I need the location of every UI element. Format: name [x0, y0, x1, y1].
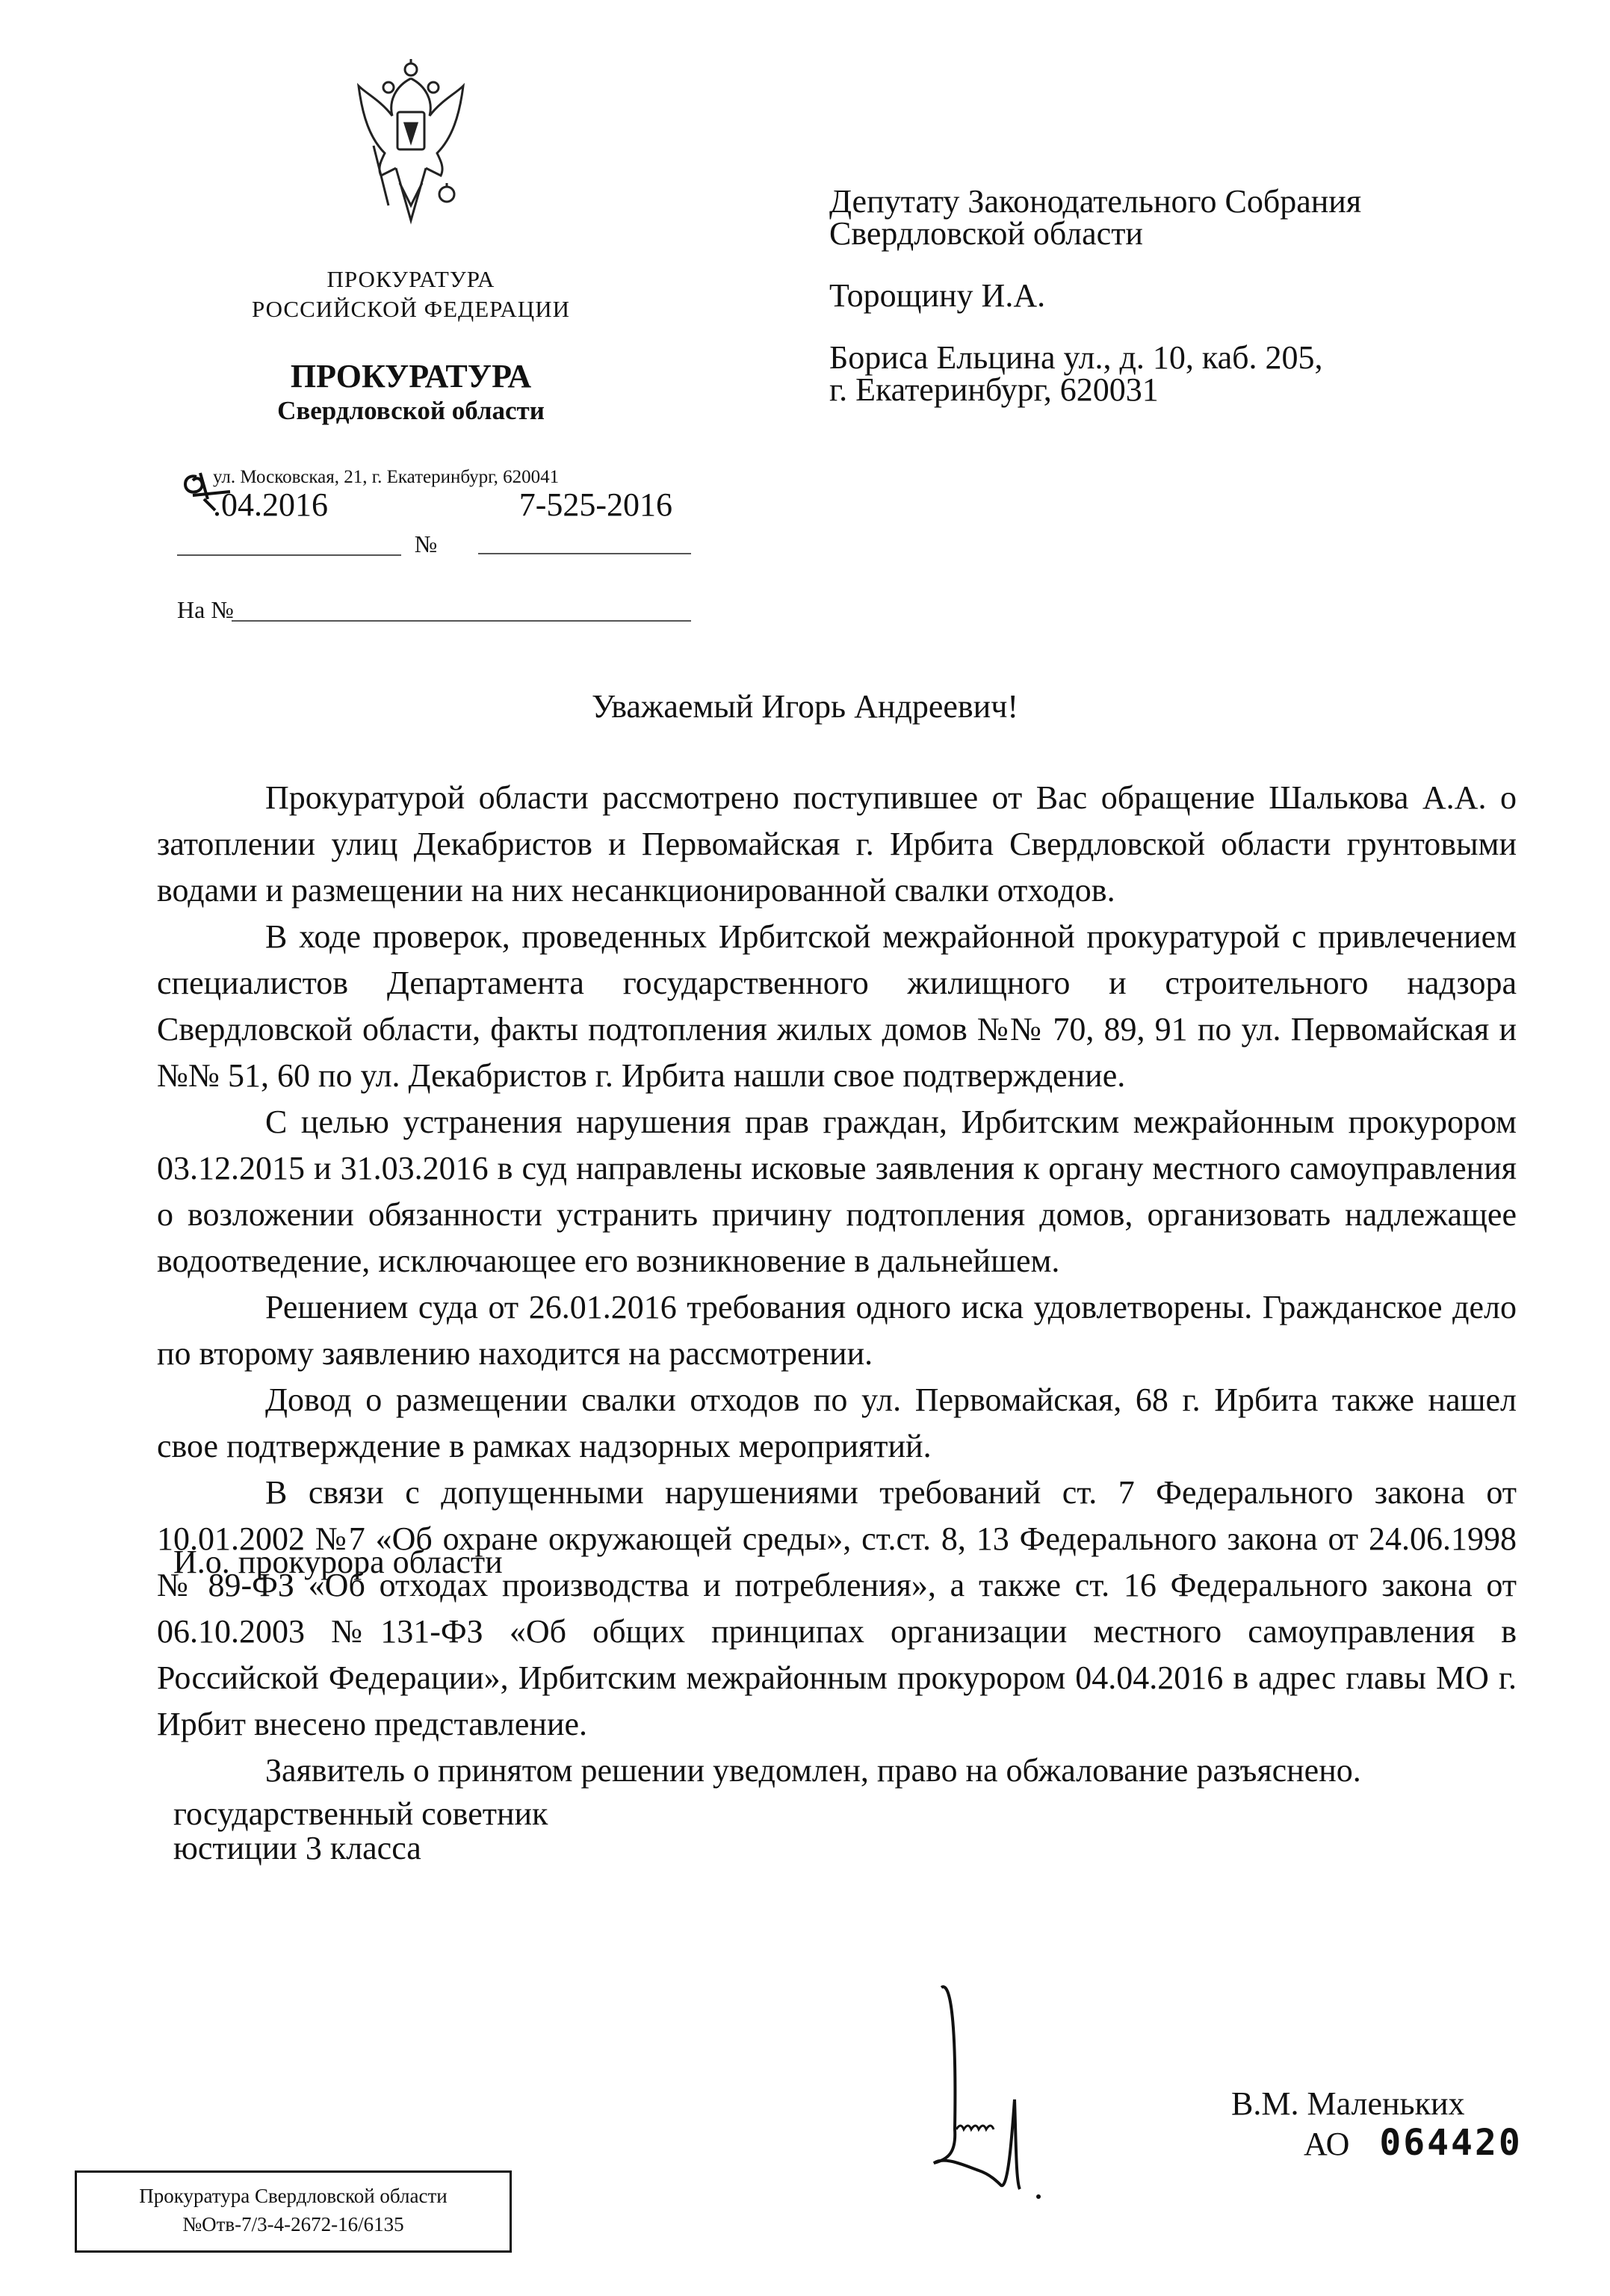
signatory-rank: государственный советник юстиции 3 класс…: [173, 1797, 548, 1866]
signatory-rank-line2: юстиции 3 класса: [173, 1831, 548, 1866]
registration-stamp: Прокуратура Свердловской области №Отв-7/…: [75, 2170, 512, 2253]
addressee-name: Торощину И.А.: [829, 279, 1539, 312]
outgoing-number: 7-525-2016: [374, 486, 672, 524]
addressee-address-line2: г. Екатеринбург, 620031: [829, 374, 1539, 406]
form-serial: АО064420: [1304, 2122, 1523, 2164]
signatory-name: В.М. Маленьких: [1231, 2085, 1465, 2123]
org-name-line1: ПРОКУРАТУРА: [187, 265, 635, 294]
letter-body: Прокуратурой области рассмотрено поступи…: [157, 775, 1517, 1794]
body-paragraph: Заявитель о принятом решении уведомлен, …: [157, 1748, 1517, 1794]
body-paragraph: С целью устранения нарушения прав гражда…: [157, 1099, 1517, 1284]
salutation: Уважаемый Игорь Андреевич!: [0, 687, 1610, 725]
addressee-block: Депутату Законодательного Собрания Сверд…: [829, 185, 1539, 436]
addressee-address-line1: Бориса Ельцина ул., д. 10, каб. 205,: [829, 341, 1539, 374]
serial-prefix: АО: [1304, 2126, 1349, 2162]
body-paragraph: В связи с допущенными нарушениями требов…: [157, 1470, 1517, 1748]
body-paragraph: В ходе проверок, проведенных Ирбитской м…: [157, 914, 1517, 1099]
outgoing-date: .04.2016: [213, 486, 328, 524]
serial-number: 064420: [1379, 2122, 1522, 2164]
stamp-line1: Прокуратура Свердловской области: [77, 2182, 510, 2210]
handwritten-signature-icon: [926, 1980, 1113, 2219]
addressee-position-line1: Депутату Законодательного Собрания: [829, 185, 1539, 217]
reply-to-underline: [232, 620, 691, 622]
reply-to-label: На №: [177, 596, 234, 624]
body-paragraph: Прокуратурой области рассмотрено поступи…: [157, 775, 1517, 914]
sender-address: ул. Московская, 21, г. Екатеринбург, 620…: [213, 467, 559, 488]
signatory-rank-line1: государственный советник: [173, 1797, 548, 1831]
body-paragraph: Довод о размещении свалки отходов по ул.…: [157, 1377, 1517, 1470]
number-underline: [478, 553, 691, 554]
signatory-title: И.о. прокурора области: [173, 1543, 503, 1581]
stamp-line2: №Отв-7/3-4-2672-16/6135: [77, 2210, 510, 2238]
office-name-line2: Свердловской области: [187, 396, 635, 426]
body-paragraph: Решением суда от 26.01.2016 требования о…: [157, 1284, 1517, 1377]
addressee-position-line2: Свердловской области: [829, 217, 1539, 250]
office-name-line1: ПРОКУРАТУРА: [187, 357, 635, 395]
org-name-line2: РОССИЙСКОЙ ФЕДЕРАЦИИ: [187, 295, 635, 324]
state-emblem-icon: [351, 56, 471, 235]
